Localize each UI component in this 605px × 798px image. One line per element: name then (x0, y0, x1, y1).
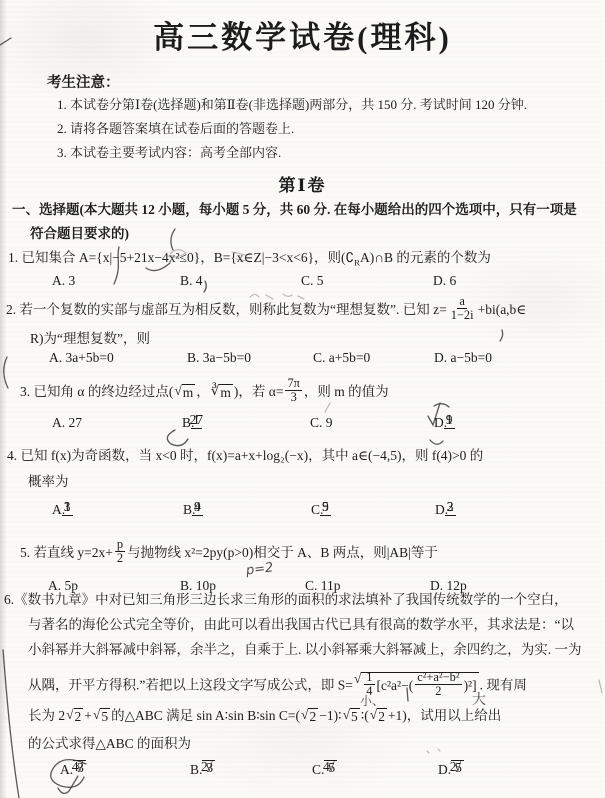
section-intro-line-1: 一、选择题(本大题共 12 小题，每小题 5 分，共 60 分. 在每小题给出的… (12, 202, 577, 219)
question-4-option-a: A. 13 (52, 502, 65, 518)
notice-item-1: 1. 本试卷分第Ⅰ卷(选择题)和第Ⅱ卷(非选择题)两部分，共 150 分. 考试… (57, 97, 527, 113)
question-6-stem-line-6: 的公式求得△ABC 的面积为 (28, 736, 191, 753)
notice-item-2: 2. 请将各题答案填在试卷后面的答题卷上. (57, 121, 294, 137)
question-3-option-c: C. 9 (310, 415, 333, 431)
handwritten-note-big: 大 (472, 689, 486, 709)
section-heading: 第Ⅰ卷 (0, 175, 605, 196)
pen-scribble (171, 229, 175, 250)
pen-scribble (167, 430, 188, 446)
handwritten-note-p-equals-2: p=2 (245, 560, 274, 578)
question-1-option-c: C. 5 (301, 273, 324, 289)
question-6-stem-line-5: 长为 2√2+√5的△ABC 满足 sin A∶sin B∶sin C=(√2−… (28, 708, 501, 726)
question-3-option-d: D. 19 (434, 415, 447, 431)
handwritten-note-small: 小、 (360, 692, 384, 709)
question-3-option-a: A. 27 (52, 415, 82, 431)
question-6-option-c: C. √54 (312, 762, 324, 778)
question-3-option-b: B. 127 (182, 415, 194, 431)
question-4-option-d: D. 23 (435, 502, 448, 518)
exam-paper-page: 高三数学试卷(理科) 考生注意： 1. 本试卷分第Ⅰ卷(选择题)和第Ⅱ卷(非选择… (0, 0, 605, 798)
question-2-option-b: B. 3a−5b=0 (187, 350, 251, 366)
question-6-stem-line-1: 6.《数书九章》中对已知三角形三边长求三角形的面积的求法填补了我国传统数学的一个… (4, 592, 568, 609)
notice-header: 考生注意： (47, 74, 120, 92)
question-4-option-b: B. 49 (183, 502, 195, 518)
scan-stray-line (599, 680, 602, 693)
question-6-option-a: A. √34 (60, 762, 73, 778)
question-5-stem: 5. 若直线 y=2x+p2与抛物线 x²=2py(p>0)相交于 A、B 两点… (20, 540, 438, 568)
pen-scribble (500, 330, 503, 341)
question-2-stem-line-1: 2. 若一个复数的实部与虚部互为相反数，则称此复数为“理想复数”. 已知 z=a… (6, 297, 526, 325)
question-2-option-a: A. 3a+5b=0 (49, 350, 114, 366)
question-1-stem: 1. 已知集合 A={x|−5+21x−4x²≤0}，B={x∈Z|−3<x<6… (8, 250, 491, 269)
page-title: 高三数学试卷(理科) (0, 12, 605, 57)
notice-item-3: 3. 本试卷主要考试内容：高考全部内容. (57, 145, 281, 161)
question-6-stem-line-4: 从隅，开平方得积.”若把以上这段文字写成公式，即 S=√14[c²a²−(c²+… (28, 672, 527, 701)
section-intro-line-2: 符合题目要求的) (30, 226, 129, 243)
question-1-option-b: B. 4 (180, 273, 203, 289)
question-3-stem: 3. 已知角 α 的终边经过点(√m，∛m)，若 α=7π3，则 m 的值为 (20, 379, 389, 407)
question-4-option-c: C. 59 (311, 502, 323, 518)
question-4-stem-line-1: 4. 已知 f(x)为奇函数，当 x<0 时，f(x)=a+x+log₂(−x)… (7, 448, 483, 465)
question-4-stem-line-2: 概率为 (28, 474, 69, 491)
question-2-option-c: C. a+5b=0 (313, 350, 370, 366)
pen-scribble (204, 281, 206, 292)
scan-edge-shadow (0, 0, 7, 798)
question-6-option-b: B. √32 (190, 762, 202, 778)
question-1-option-a: A. 3 (52, 273, 75, 289)
pen-check-mark (58, 776, 78, 793)
question-2-stem-line-2: R)为“理想复数”，则 (30, 331, 150, 348)
pen-dots (427, 749, 440, 753)
question-6-stem-line-2: 与著名的海伦公式完全等价，由此可以看出我国古代已具有很高的数学水平，其求法是：“… (28, 617, 574, 634)
question-2-option-d: D. a−5b=0 (434, 350, 492, 366)
question-6-option-d: D. √52 (438, 762, 451, 778)
question-6-stem-line-3: 小斜幂并大斜幂减中斜幂，余半之，自乘于上. 以小斜幂乘大斜幂减上，余四约之，为实… (28, 642, 582, 659)
question-1-option-d: D. 6 (433, 273, 456, 289)
